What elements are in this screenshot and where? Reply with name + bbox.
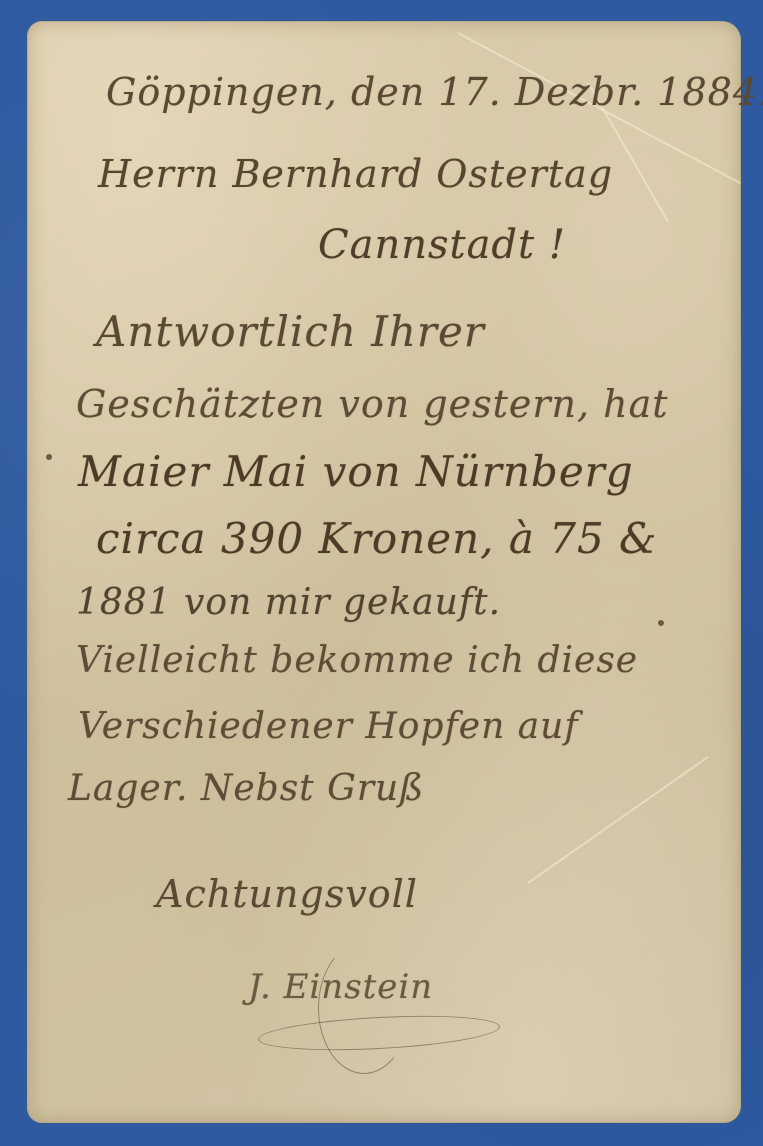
paper-crease [527, 756, 708, 884]
recipient-line: Herrn Bernhard Ostertag [98, 152, 613, 196]
postcard: Göppingen, den 17. Dezbr. 1884. Herrn Be… [28, 22, 740, 1122]
date-line: Göppingen, den 17. Dezbr. 1884. [106, 70, 763, 114]
body-line-5: 1881 von mir gekauft. [76, 582, 501, 623]
body-line-3: Maier Mai von Nürnberg [78, 447, 634, 496]
body-line-4: circa 390 Kronen, à 75 & [96, 514, 657, 563]
body-line-1: Antwortlich Ihrer [96, 307, 485, 356]
body-line-6: Vielleicht bekomme ich diese [76, 640, 638, 681]
signature-flourish [318, 942, 410, 1074]
body-line-2: Geschätzten von gestern, hat [76, 382, 669, 426]
ink-spot [46, 454, 52, 460]
city-line: Cannstadt ! [318, 222, 566, 268]
body-line-8: Lager. Nebst Gruß [68, 768, 424, 809]
body-line-7: Verschiedener Hopfen auf [78, 706, 579, 747]
closing-line: Achtungsvoll [156, 872, 418, 916]
ink-spot [658, 620, 664, 626]
